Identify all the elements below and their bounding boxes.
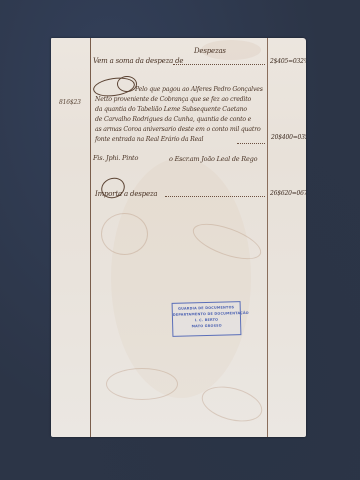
total-amount: 26$620=067½ (270, 190, 306, 197)
archive-stamp: GUARDIA DE DOCUMENTOS DEPARTAMENTO DE DO… (172, 301, 242, 337)
bleed-through (106, 368, 178, 400)
carried-label: Vem a soma da despeza de (93, 57, 183, 65)
margin-note: 816$23 (59, 99, 81, 106)
signature-left: Fis. Jphi. Pinto (93, 154, 138, 162)
body-line: fonte entrada na Real Erário da Real (95, 136, 203, 143)
bleed-through (101, 213, 148, 255)
body-line: Netto proveniente de Cobrança que se fez… (95, 96, 251, 103)
carried-amount: 2$405=032½ (270, 58, 306, 65)
leader-dots (165, 196, 265, 197)
flourish-ornament (117, 76, 137, 92)
body-line: da quantia do Tabelião Leme Subsequente … (95, 106, 247, 113)
body-line: Pelo que pagou ao Alferes Pedro Gonçalve… (135, 86, 263, 93)
manuscript-page: Despezas Vem a soma da despeza de 2$405=… (51, 38, 306, 437)
body-amount: 20$400=035½ (271, 134, 306, 141)
total-label: Importa a despeza (95, 190, 157, 198)
stamp-line: MATO GROSSO (173, 322, 240, 330)
signature-right: o Escr.am João Leal de Rego (169, 155, 257, 163)
leader-dots (173, 64, 265, 65)
margin-rule-left (90, 38, 91, 437)
body-line: de Carvalho Rodrigues da Cunha, quantia … (95, 116, 251, 123)
page-heading: Despezas (194, 47, 226, 55)
margin-rule-right (267, 38, 268, 437)
body-line: as armas Coroa aniversario deste em o co… (95, 126, 261, 133)
leader-dots (237, 143, 265, 144)
